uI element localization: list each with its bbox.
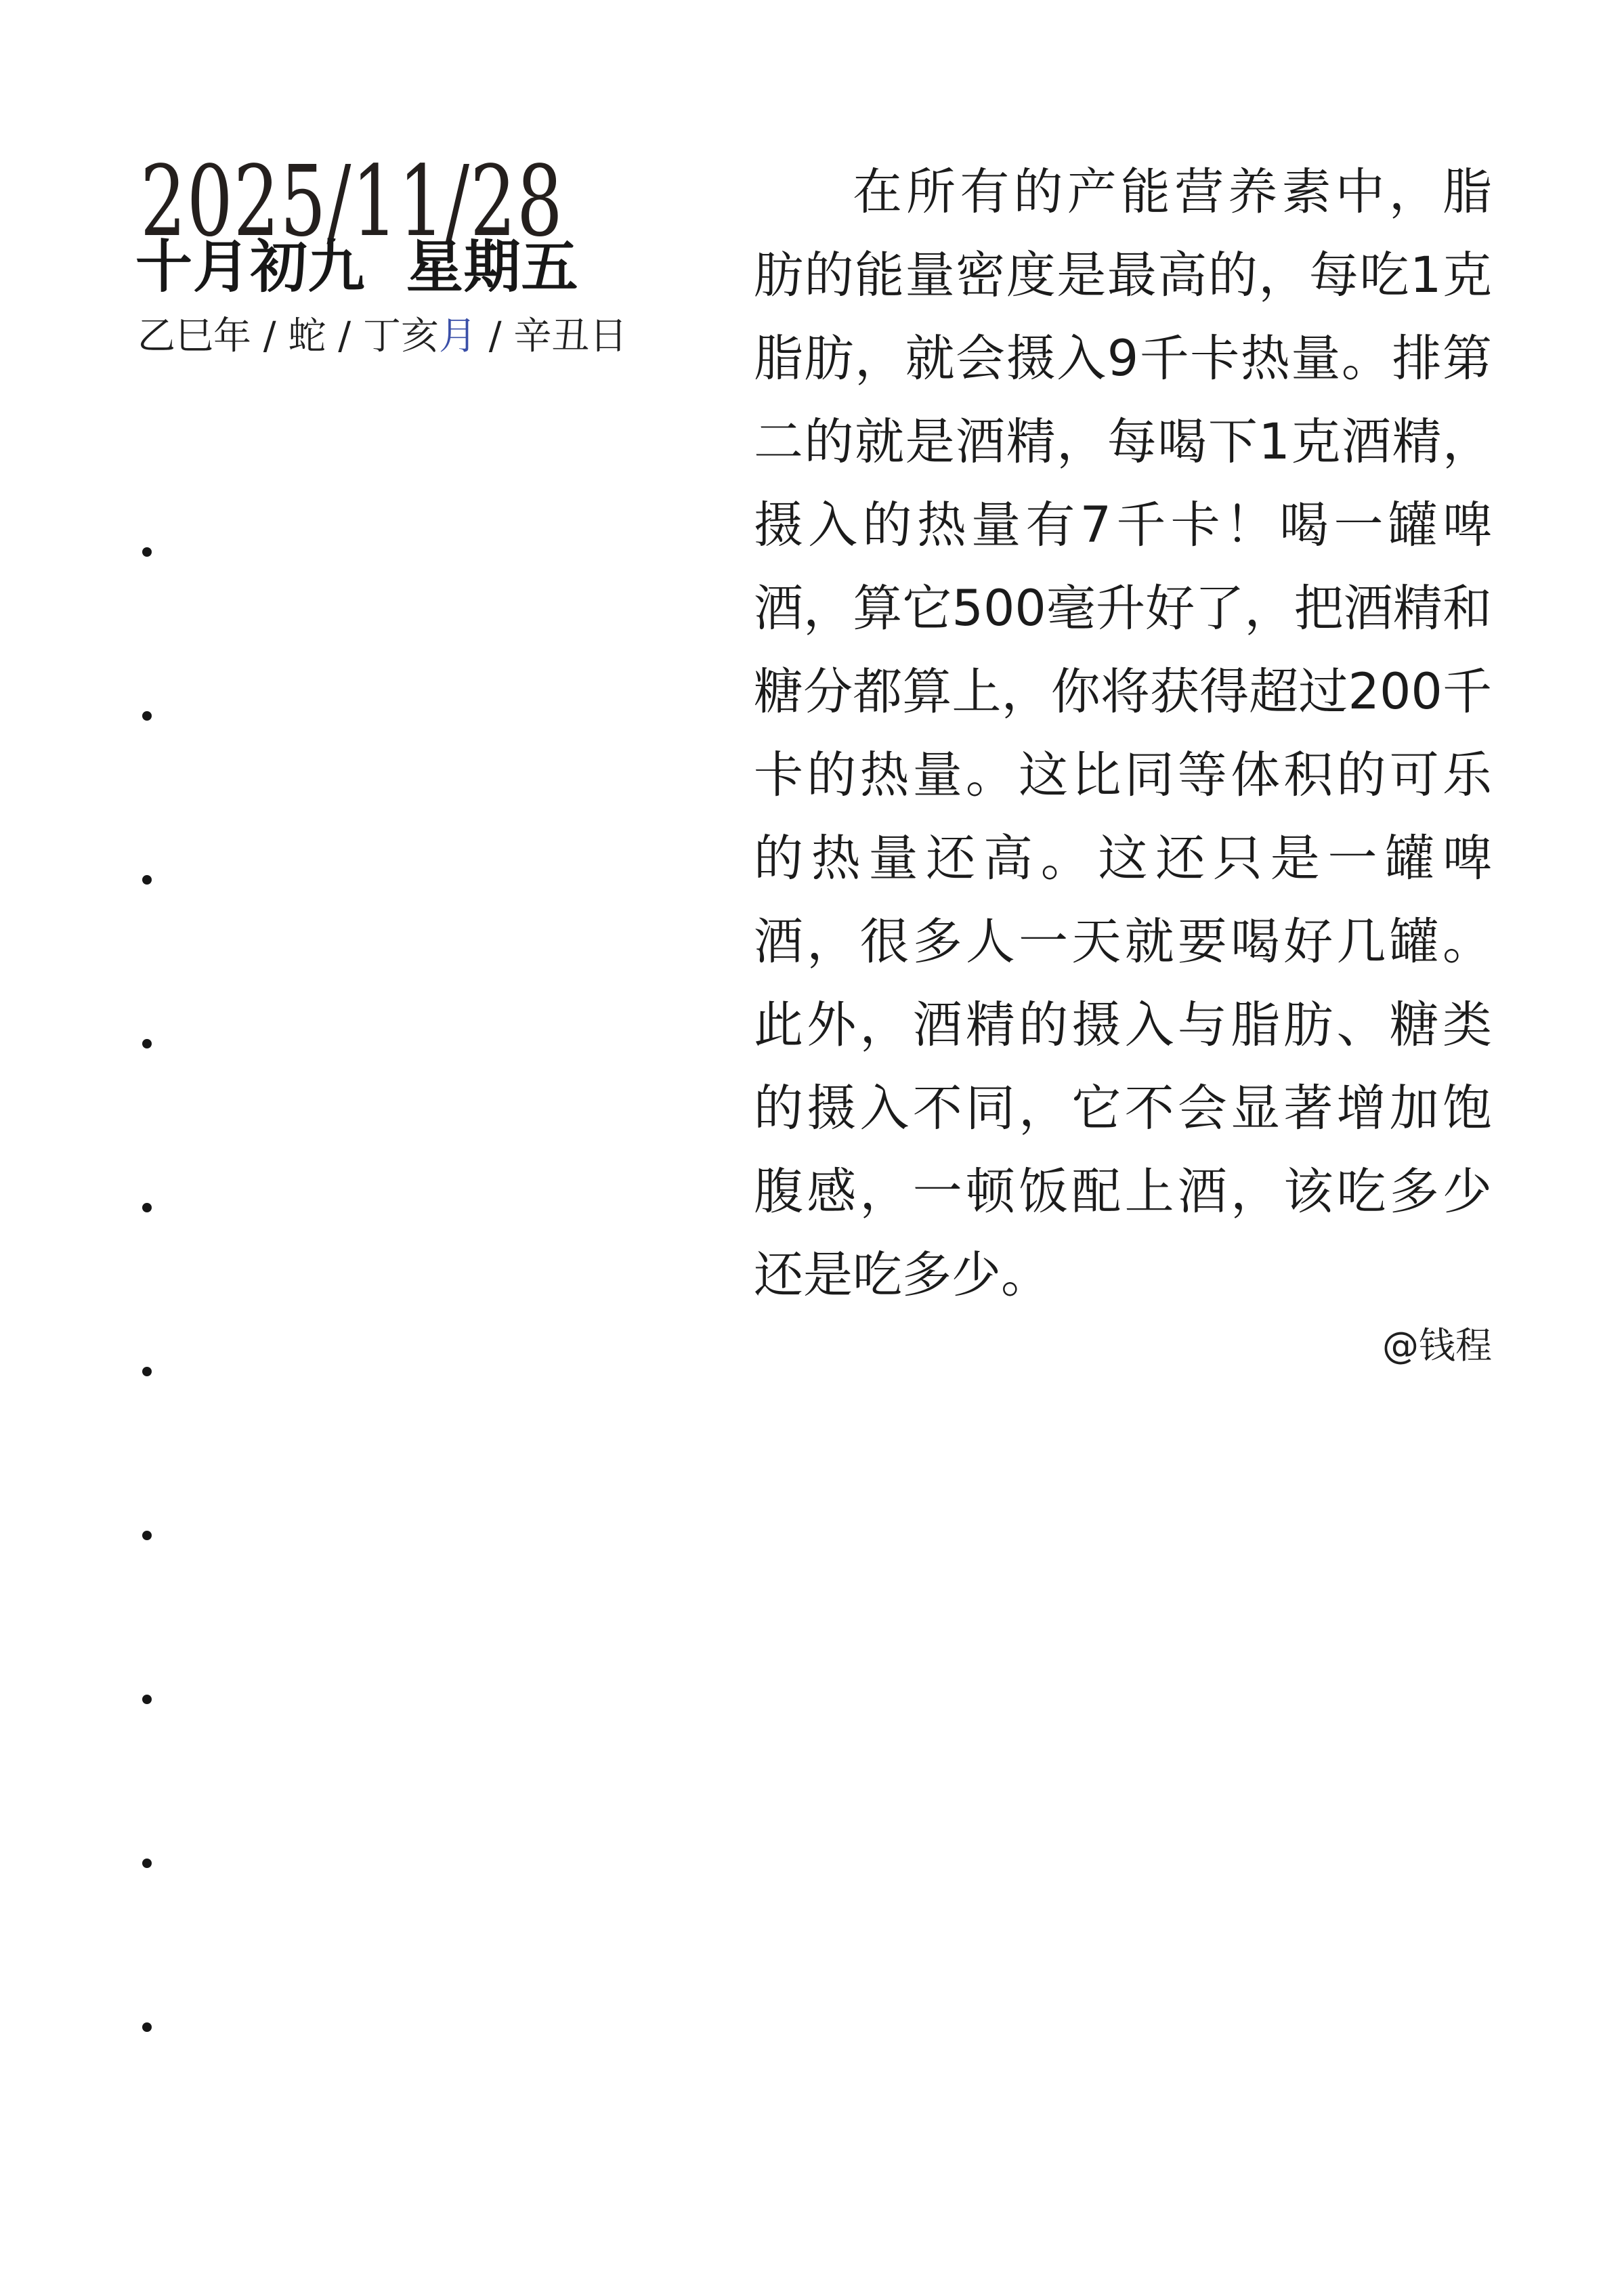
list-dot [142,1367,152,1376]
list-dot [142,711,152,721]
list-dot [142,875,152,885]
list-dot [142,1039,152,1048]
list-dot [142,1531,152,1540]
ganzhi-line: 乙巳年 / 蛇 / 丁亥月 / 辛丑日 [137,316,627,358]
list-dot [142,547,152,557]
article-paragraph: 在所有的产能营养素中，脂肪的能量密度是最高的，每吃1克脂肪，就会摄入9千卡热量。… [754,150,1492,1317]
ganzhi-month-char: 月 [439,314,477,358]
lunar-date-line: 十月初九星期五 [135,237,578,297]
list-dot [142,1203,152,1212]
ganzhi-part2: / 辛丑日 [477,314,627,358]
weekday: 星期五 [406,233,579,300]
ganzhi-part1: 乙巳年 / 蛇 / 丁亥 [137,314,439,358]
attribution: @钱程 [754,1324,1492,1368]
list-dot [142,2022,152,2032]
list-dot [142,1859,152,1868]
calendar-page: 2025/11/28 十月初九星期五 乙巳年 / 蛇 / 丁亥月 / 辛丑日 在… [0,0,1624,2292]
lunar-date: 十月初九 [135,233,365,300]
list-dot [142,1695,152,1704]
